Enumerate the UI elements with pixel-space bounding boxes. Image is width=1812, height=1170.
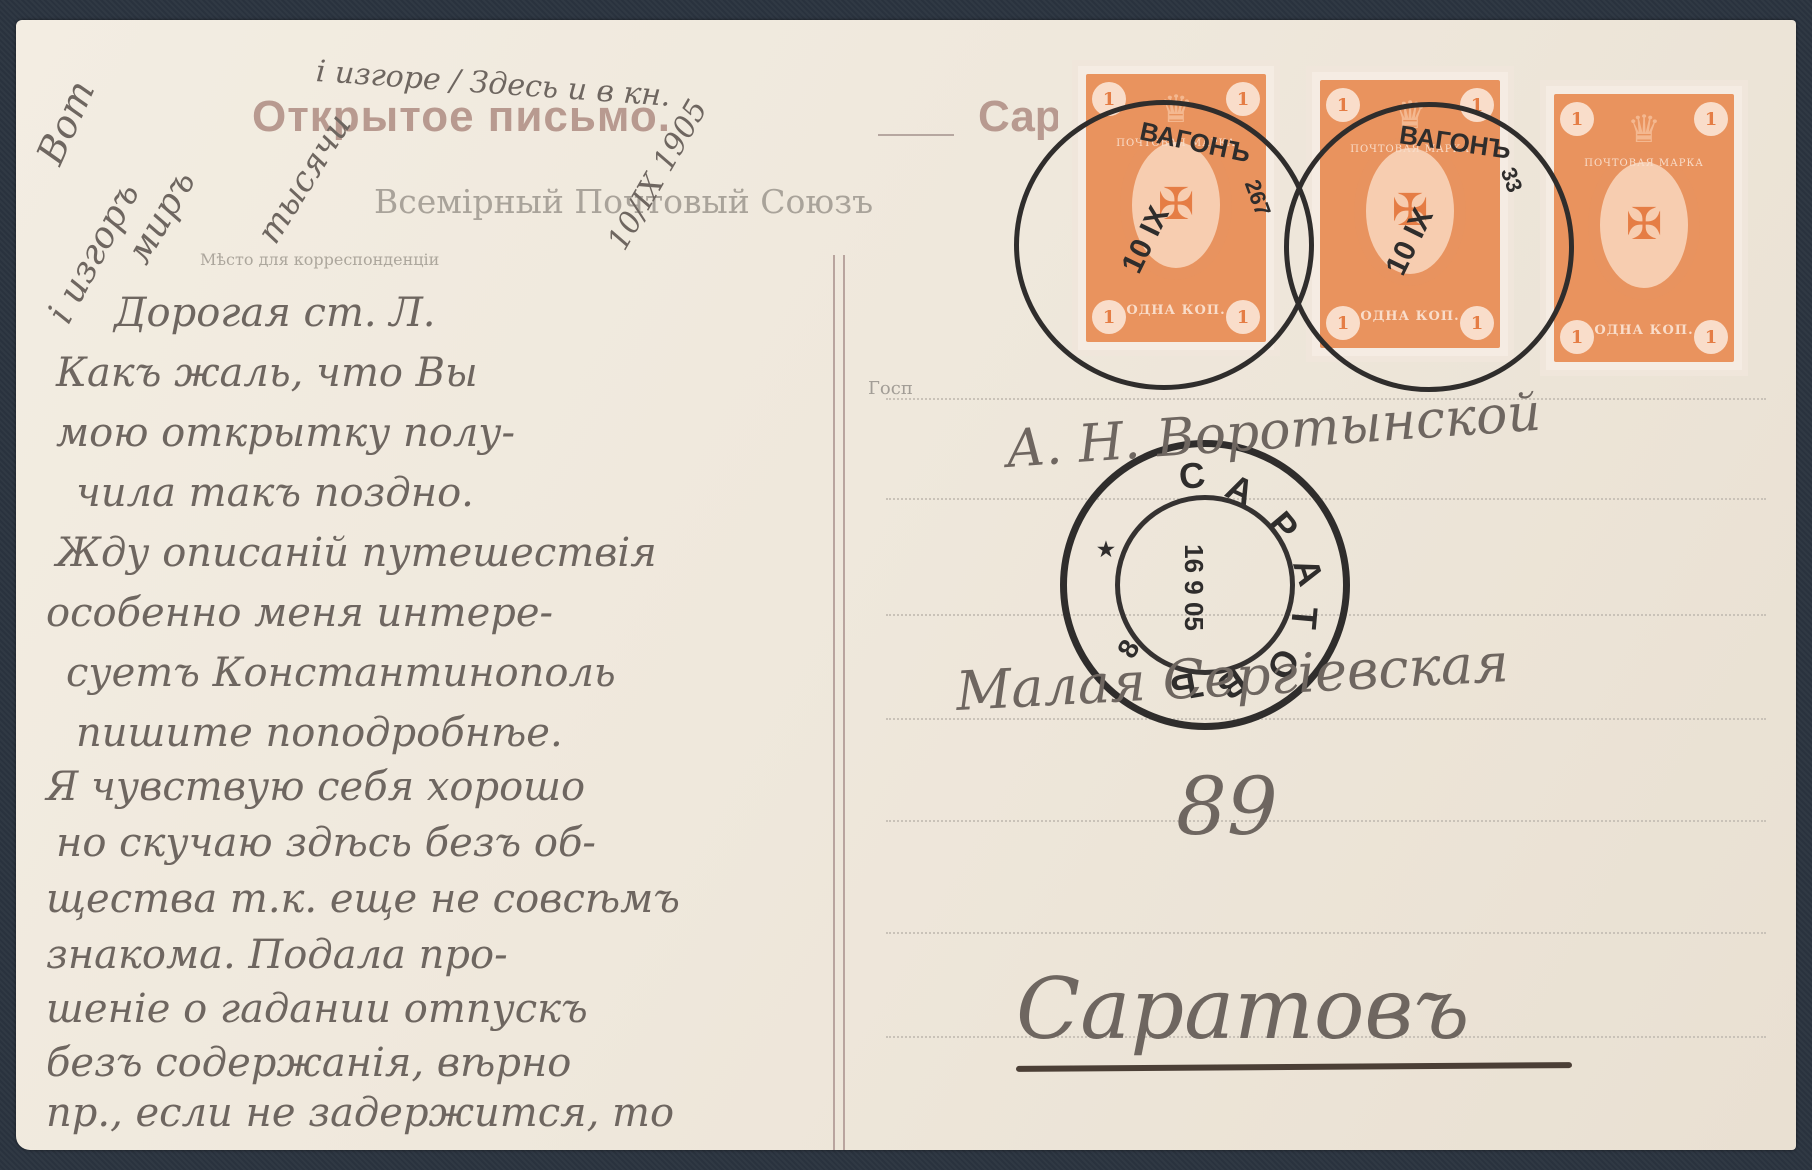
letter-line: безъ содержанія, вѣрно bbox=[46, 1040, 571, 1086]
cancellation-number: 33 bbox=[1495, 164, 1528, 196]
letter-line: Я чувствую себя хорошо bbox=[46, 764, 585, 810]
postage-stamp: 1 1 1 1 ♛ ✠ ПОЧТОВАЯ МАРКА ОДНА КОП. bbox=[1546, 86, 1742, 370]
crown-icon: ♛ bbox=[1627, 110, 1661, 148]
letter-line: суетъ Константинополь bbox=[66, 650, 616, 696]
printed-city: Сар bbox=[978, 92, 1058, 142]
postcard: Открытое письмо. Сар Всемірный Почтовый … bbox=[16, 20, 1796, 1150]
cancellation-text: ВАГОНЪ bbox=[1137, 116, 1253, 170]
letter-line: щества т.к. еще не совсѣмъ bbox=[46, 876, 680, 922]
cancellation-postmark: ВАГОНЪ 10 IX 33 bbox=[1284, 102, 1574, 392]
cancellation-number: 267 bbox=[1239, 176, 1276, 219]
cancellation-date: 10 IX bbox=[1115, 201, 1176, 279]
stamp-corner: 1 bbox=[1560, 102, 1594, 136]
address-line bbox=[886, 498, 1766, 500]
postmark-date: 16 9 05 bbox=[1178, 544, 1209, 631]
star-icon: ★ bbox=[1097, 537, 1115, 562]
address-city: Саратовъ bbox=[1016, 960, 1469, 1058]
cancellation-postmark: ВАГОНЪ 10 IX 267 bbox=[1014, 100, 1314, 390]
eagle-icon: ✠ bbox=[1626, 203, 1663, 247]
stamp-corner: 1 bbox=[1694, 102, 1728, 136]
letter-line: мою открытку полу- bbox=[56, 410, 515, 456]
printed-dash bbox=[878, 134, 954, 136]
letter-line: Жду описаній путешествія bbox=[56, 530, 657, 576]
printed-union-label: Всемірный Почтовый Союзъ bbox=[374, 182, 1054, 221]
letter-line: но скучаю здѣсь безъ об- bbox=[56, 820, 596, 866]
stamp-label: ПОЧТОВАЯ МАРКА bbox=[1554, 158, 1734, 169]
divider-line bbox=[843, 255, 845, 1150]
letter-line: пишите поподробнѣе. bbox=[76, 710, 563, 756]
letter-line: шеніе о гадании отпускъ bbox=[46, 986, 588, 1032]
cancellation-text: ВАГОНЪ bbox=[1397, 119, 1512, 165]
margin-note: Вот bbox=[28, 74, 104, 171]
letter-line: особенно меня интере- bbox=[46, 590, 553, 636]
letter-line: знакома. Подала про- bbox=[46, 932, 508, 978]
letter-line: чила такъ поздно. bbox=[76, 470, 474, 516]
address-line bbox=[886, 820, 1766, 822]
cancellation-date: 10 IX bbox=[1379, 203, 1440, 281]
letter-line: Какъ жаль, что Вы bbox=[56, 350, 478, 396]
stamp-value: ОДНА КОП. bbox=[1554, 323, 1734, 338]
divider-line bbox=[833, 255, 835, 1150]
stamp-corner: 1 bbox=[1326, 88, 1360, 122]
address-house: 89 bbox=[1176, 760, 1278, 853]
correspondence-label: Мѣсто для корреспонденціи bbox=[200, 250, 439, 269]
addressee-prefix: Госп bbox=[868, 378, 913, 399]
address-underline bbox=[1016, 1062, 1572, 1072]
letter-line: Дорогая ст. Л. bbox=[114, 290, 435, 336]
address-line bbox=[886, 932, 1766, 934]
stamp-corner: 1 bbox=[1226, 82, 1260, 116]
letter-line: пр., если не задержится, то bbox=[46, 1090, 674, 1136]
